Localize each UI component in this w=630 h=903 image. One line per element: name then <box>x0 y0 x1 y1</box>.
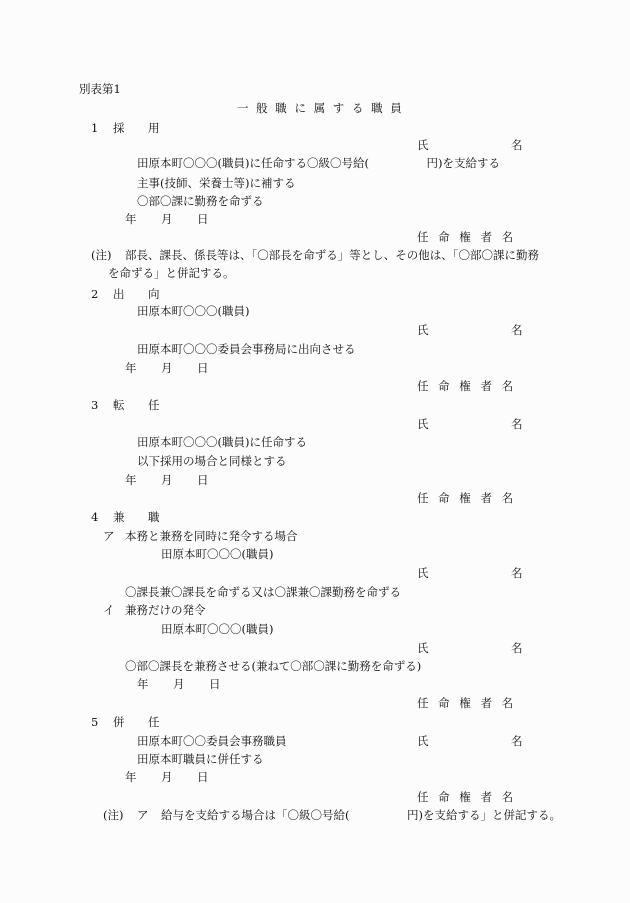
section-title: 併 任 <box>113 715 166 729</box>
order-line: 田原本町〇〇〇(職員)に任命する〇級〇号給( 円)を支給する <box>137 156 500 170</box>
date-day: 日 <box>197 473 209 487</box>
name-label-mei: 名 <box>511 417 523 431</box>
section-number: 1 <box>91 121 98 135</box>
subsection-mark: ア <box>103 529 115 543</box>
appointing-authority-label: 任 命 権 者 名 <box>417 790 516 804</box>
date-year: 年 <box>137 677 149 691</box>
order-line: 田原本町〇〇委員会事務職員 <box>137 734 287 748</box>
order-line: 田原本町〇〇〇(職員)に任命する <box>137 435 307 449</box>
note-text-continued: を命ずる」と併記する。 <box>108 266 235 280</box>
section-number: 3 <box>91 398 98 412</box>
order-line: 田原本町〇〇〇(職員) <box>161 547 273 561</box>
order-line: 〇部〇課長を兼務させる(兼ねて〇部〇課に勤務を命ずる) <box>125 659 421 673</box>
subsection-title: 本務と兼務を同時に発令する場合 <box>125 529 298 543</box>
subsection-mark: イ <box>103 603 115 617</box>
order-line: 以下採用の場合と同様とする <box>137 454 287 468</box>
name-label-shi: 氏 <box>417 566 429 580</box>
date-year: 年 <box>125 770 137 784</box>
note-prefix: (注) <box>103 808 123 822</box>
order-line: 〇課長兼〇課長を命ずる又は〇課兼〇課勤務を命ずる <box>125 585 401 599</box>
date-day: 日 <box>197 212 209 226</box>
date-month: 月 <box>161 212 173 226</box>
date-year: 年 <box>125 473 137 487</box>
date-day: 日 <box>209 677 221 691</box>
name-label-shi: 氏 <box>417 323 429 337</box>
name-label-shi: 氏 <box>417 734 429 748</box>
date-year: 年 <box>125 212 137 226</box>
order-line: 田原本町〇〇〇委員会事務局に出向させる <box>137 342 356 356</box>
date-month: 月 <box>161 473 173 487</box>
date-month: 月 <box>173 677 185 691</box>
section-title: 転 任 <box>113 398 166 412</box>
date-year: 年 <box>125 361 137 375</box>
name-label-mei: 名 <box>511 323 523 337</box>
note-prefix: (注) <box>91 248 111 262</box>
name-label-shi: 氏 <box>417 417 429 431</box>
name-label-mei: 名 <box>511 641 523 655</box>
appointing-authority-label: 任 命 権 者 名 <box>417 491 516 505</box>
subsection-title: 兼務だけの発令 <box>125 603 206 617</box>
name-label-mei: 名 <box>511 566 523 580</box>
table-label: 別表第1 <box>79 82 121 96</box>
note-text: 部長、課長、係長等は、「〇部長を命ずる」等とし、その他は、「〇部〇課に勤務 <box>125 248 539 262</box>
section-title: 出 向 <box>113 287 166 301</box>
section-number: 4 <box>91 510 98 524</box>
order-line: 田原本町〇〇〇(職員) <box>137 304 249 318</box>
name-label-mei: 名 <box>511 138 523 152</box>
date-month: 月 <box>161 361 173 375</box>
date-day: 日 <box>197 361 209 375</box>
order-line: 〇部〇課に勤務を命ずる <box>137 194 264 208</box>
name-label-shi: 氏 <box>417 138 429 152</box>
order-line: 田原本町職員に併任する <box>137 752 264 766</box>
note-text: 給与を支給する場合は「〇級〇号給( 円)を支給する」と併記する。 <box>161 808 561 822</box>
appointing-authority-label: 任 命 権 者 名 <box>417 379 516 393</box>
name-label-mei: 名 <box>511 734 523 748</box>
appointing-authority-label: 任 命 権 者 名 <box>417 230 516 244</box>
section-number: 5 <box>91 715 98 729</box>
document-title: 一 般 職 に 属 す る 職 員 <box>237 101 404 115</box>
date-month: 月 <box>161 770 173 784</box>
name-label-shi: 氏 <box>417 641 429 655</box>
order-line: 田原本町〇〇〇(職員) <box>161 622 273 636</box>
appointing-authority-label: 任 命 権 者 名 <box>417 696 516 710</box>
order-line: 主事(技師、栄養士等)に補する <box>137 176 295 190</box>
section-number: 2 <box>91 287 98 301</box>
section-title: 採 用 <box>113 121 166 135</box>
section-title: 兼 職 <box>113 510 166 524</box>
date-day: 日 <box>197 770 209 784</box>
note-mark: ア <box>137 808 149 822</box>
